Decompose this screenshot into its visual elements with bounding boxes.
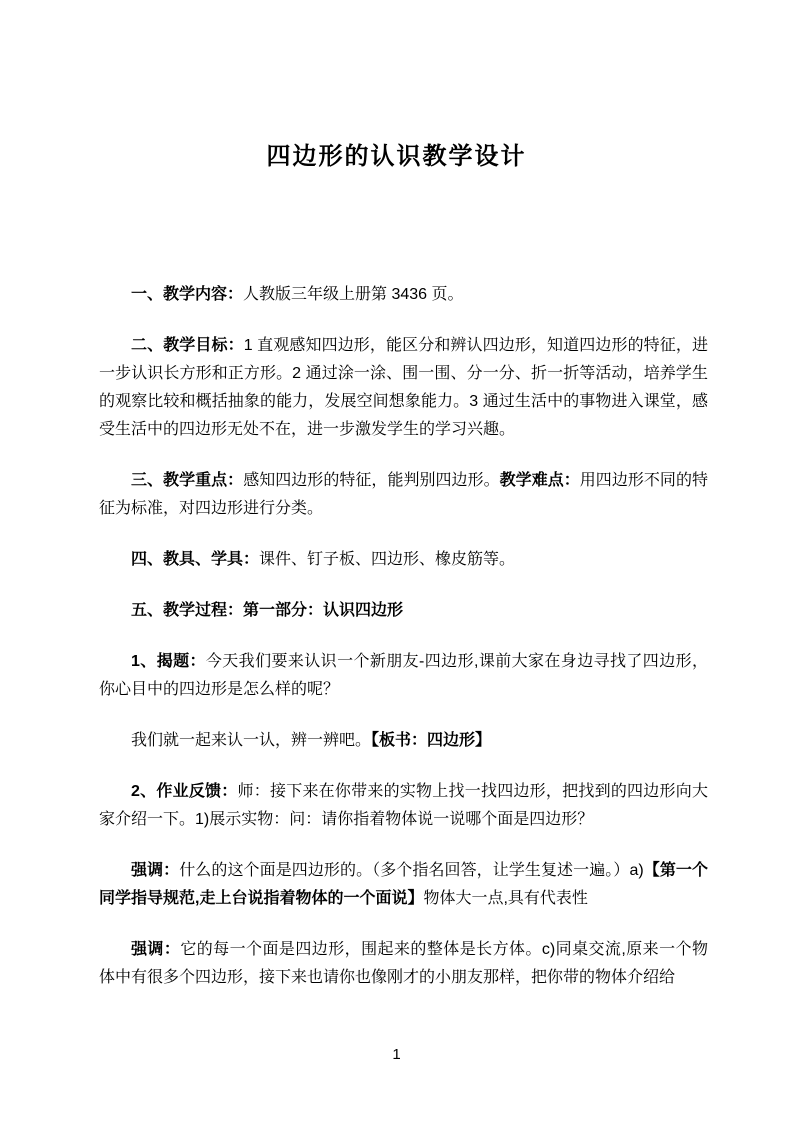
- text-segment: 课件、钉子板、四边形、橡皮筋等。: [259, 551, 515, 568]
- paragraph: 三、教学重点：感知四边形的特征，能判别四边形。教学难点：用四边形不同的特征为标准…: [99, 467, 708, 523]
- text-segment: 强调：: [131, 941, 180, 958]
- text-segment: 【板书：四边形】: [371, 732, 491, 749]
- text-segment: 感知四边形的特征，能判别四边形。: [243, 472, 499, 489]
- paragraph: 强调：什么的这个面是四边形的。（多个指名回答，让学生复述一遍。）a)【第一个同学…: [99, 857, 708, 913]
- paragraph: 我们就一起来认一认，辨一辨吧。【板书：四边形】: [99, 727, 708, 755]
- text-segment: 五、教学过程：第一部分：认识四边形: [131, 602, 403, 619]
- document-page: 四边形的认识教学设计 一、教学内容：人教版三年级上册第 3436 页。二、教学目…: [0, 0, 793, 1122]
- text-segment: 教学难点：: [500, 472, 580, 489]
- paragraph: 二、教学目标：1 直观感知四边形，能区分和辨认四边形，知道四边形的特征，进一步认…: [99, 332, 708, 444]
- text-segment: 二、教学目标：: [131, 337, 244, 354]
- text-segment: 我们就一起来认一认，辨一辨吧。: [131, 732, 371, 749]
- paragraph: 强调：它的每一个面是四边形，围起来的整体是长方体。c)同桌交流,原来一个物体中有…: [99, 936, 708, 992]
- paragraph: 2、作业反馈：师：接下来在你带来的实物上找一找四边形，把找到的四边形向大家介绍一…: [99, 778, 708, 834]
- text-segment: 物体大一点,具有代表性: [423, 890, 587, 907]
- paragraph: 四、教具、学具：课件、钉子板、四边形、橡皮筋等。: [99, 546, 708, 574]
- text-segment: 一、教学内容：: [131, 286, 243, 303]
- text-segment: 它的每一个面是四边形，围起来的整体是长方体。c)同桌交流,原来一个物体中有很多个…: [99, 941, 708, 986]
- text-segment: 什么的这个面是四边形的。（多个指名回答，让学生复述一遍。）a): [179, 862, 643, 879]
- document-body: 一、教学内容：人教版三年级上册第 3436 页。二、教学目标：1 直观感知四边形…: [99, 281, 708, 1015]
- text-segment: 1、揭题：: [131, 653, 206, 670]
- text-segment: 2、作业反馈：: [131, 783, 238, 800]
- paragraph: 1、揭题：今天我们要来认识一个新朋友-四边形,课前大家在身边寻找了四边形，你心目…: [99, 648, 708, 704]
- text-segment: 强调：: [131, 862, 179, 879]
- text-segment: 四、教具、学具：: [131, 551, 259, 568]
- document-title: 四边形的认识教学设计: [0, 136, 793, 171]
- page-number: 1: [0, 1046, 793, 1063]
- paragraph: 一、教学内容：人教版三年级上册第 3436 页。: [99, 281, 708, 309]
- text-segment: 三、教学重点：: [131, 472, 243, 489]
- paragraph: 五、教学过程：第一部分：认识四边形: [99, 597, 708, 625]
- text-segment: 人教版三年级上册第 3436 页。: [243, 286, 464, 303]
